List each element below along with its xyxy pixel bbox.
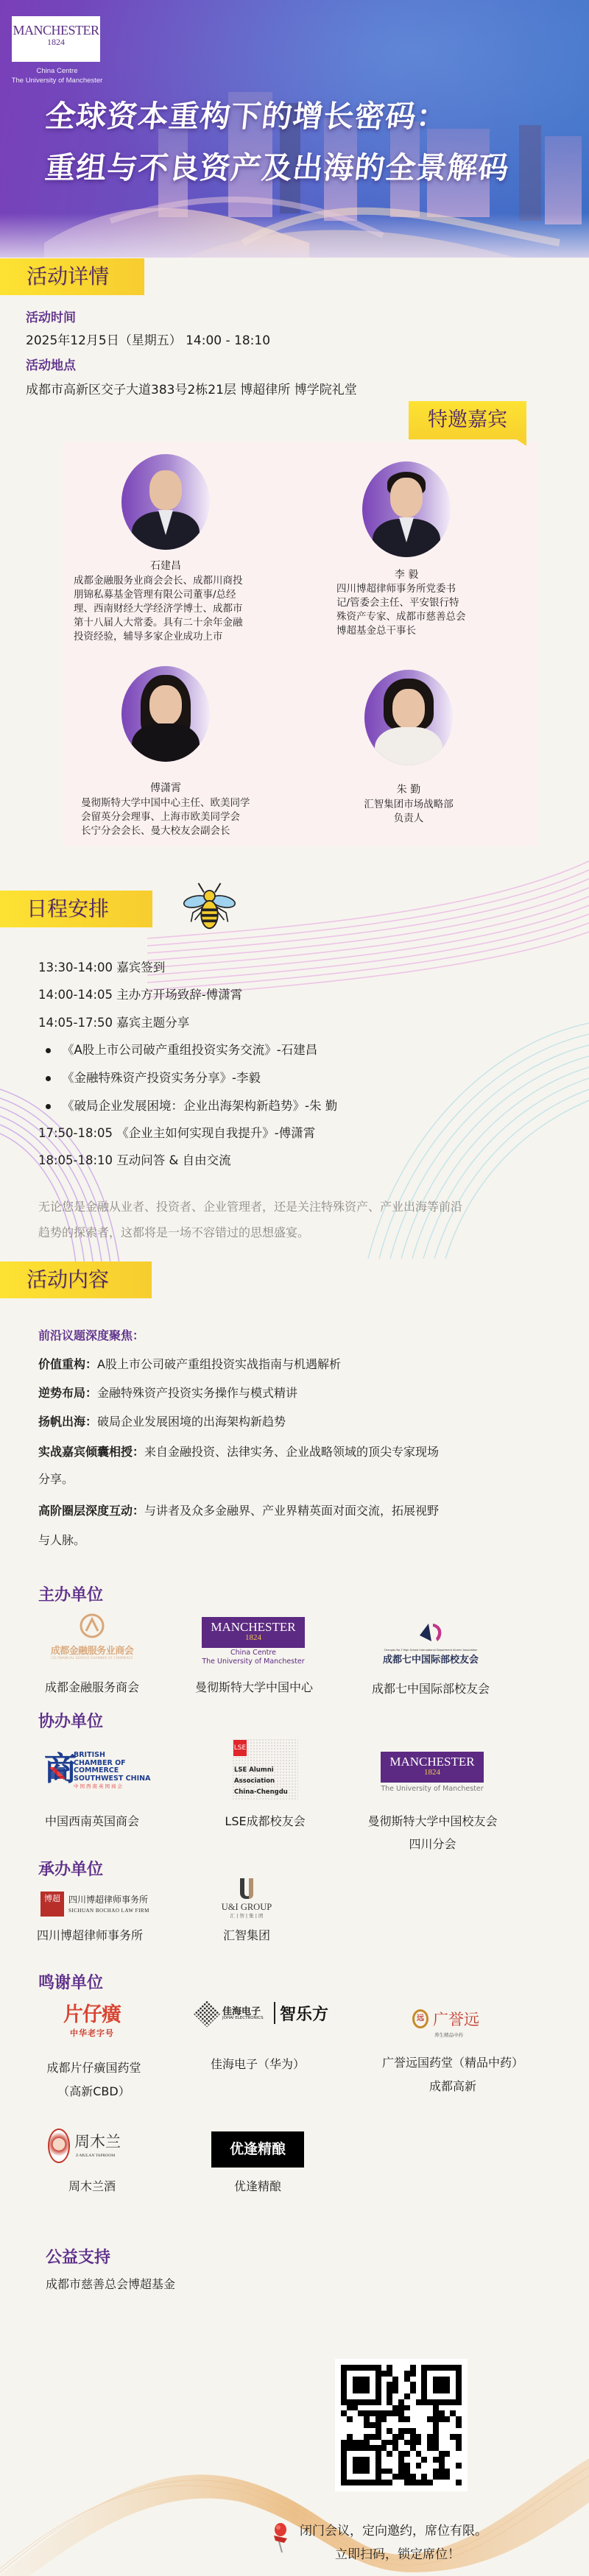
registration-qr-code[interactable] [335,2359,468,2491]
content-row-label: 价值重构： [38,1357,97,1371]
bio-line: 成都金融服务业商会会长、成都川商投 [74,574,250,588]
logo-sub: China Centre [197,1649,309,1657]
content-row-label: 高阶圈层深度互动： [38,1504,144,1518]
org-section-title-organizer: 承办单位 [38,1857,103,1880]
content-row-text: 来自金融投资、法律实务、企业战略领域的顶尖专家现场 [144,1445,439,1459]
org-name: 周木兰酒 [44,2177,140,2194]
org-name-line-2: 成都高新 [372,2077,534,2094]
logo-sub: SICHUAN BOCHAO LAW FIRM [68,1908,149,1914]
schedule-item: 18:05-18:10 互动问答 & 自由交流 [38,1150,231,1168]
content-row-text: 破局企业发展困境的出海架构新趋势 [97,1415,286,1429]
logo-text: 周木兰 [74,2130,121,2152]
logo-year: 1824 [202,1633,305,1643]
logo-guangyuyuan: 远 广誉远 养生精品中药 [409,2008,497,2041]
speaker-bio: 成都金融服务业商会会长、成都川商投 朋锦私募基金管理有限公司董事/总经 理、西南… [74,574,250,644]
lse-badge: LSE [233,1740,247,1756]
speaker-bio: 汇智集团市场战略部 负责人 [361,798,456,826]
place-label: 活动地点 [26,355,76,373]
section-label-details: 活动详情 [0,258,144,295]
closing-paragraph: 无论您是金融从业者、投资者、企业管理者，还是关注特殊资产、产业出海等前沿 趋势的… [38,1194,554,1245]
logo-divider [274,2002,275,2024]
bio-line: 曼彻斯特大学中国中心主任、欧美同学 [81,796,272,810]
org-name: 汇智集团 [217,1926,276,1943]
bio-line: 第十八届人大常委。具有二十余年金融 [74,616,250,630]
logo-text: 成都金融服务业商会 [37,1643,147,1657]
speaker-bio: 四川博超律师事务所党委书 记/管委会主任、平安银行特 殊资产专家、成都市慈善总会… [336,582,484,638]
logo-text: 片仔癀 [52,2003,133,2027]
logo-sub-line-2: The University of Manchester [7,76,107,85]
logo-sub: 养生精品中药 [434,2031,463,2038]
footer-line-1: 闭门会议，定向邀约，席位有限。 [300,2520,487,2538]
schedule-item: 13:30-14:00 嘉宾签到 [38,958,165,975]
org-section-title-host: 主办单位 [38,1582,103,1605]
logo-sub: JOHAI ELECTRONICS [222,2016,264,2020]
johai-diamond-icon [194,2000,221,2028]
bio-line: 博超基金总干事长 [336,624,484,638]
speaker-name: 朱 勤 [361,782,456,796]
logo-line: LSE Alumni [234,1765,288,1776]
focus-title: 前沿议题深度聚焦： [38,1326,144,1343]
logo-text: 成都七中国际部校友会 [372,1652,490,1666]
bio-line: 长宁分会会长、曼大校友会副会长 [81,824,272,838]
content-row: 高阶圈层深度互动：与讲者及众多金融界、产业界精英面对面交流，拓展视野 [38,1504,554,1518]
speaker-photo-zhu-qin [364,670,453,765]
logo-wordmark: MANCHESTER [12,24,100,37]
logo-line: BRITISH [74,1752,150,1760]
content-row-label: 实战嘉宾倾囊相授： [38,1445,144,1459]
org-section-title-co: 协办单位 [38,1709,103,1732]
logo-sub: The University of Manchester [197,1657,309,1666]
hero-title-line-2: 重组与不良资产及出海的全景解码 [43,144,563,187]
charity-name: 成都市慈善总会博超基金 [46,2275,175,2292]
schedule-talk: 《金融特殊资产投资实务分享》-李毅 [62,1068,261,1086]
hero-banner: MANCHESTER 1824 China Centre The Univers… [0,0,589,258]
schedule-item: 14:00-14:05 主办方开场致辞-傅潇霄 [38,985,242,1002]
footer-line-2: 立即扫码，锁定席位！ [335,2544,460,2562]
qr-pattern [341,2365,462,2485]
section-label-schedule: 日程安排 [0,891,152,927]
logo-text: MANCHESTER [202,1621,305,1633]
no7-emblem-icon [415,1619,446,1646]
logo-line: SOUTHWEST CHINA [74,1775,150,1783]
org-name: LSE成都校友会 [214,1812,317,1829]
hero-title-line-1: 全球资本重构下的增长密码： [43,92,563,135]
logo-manchester-sub: China Centre The University of Mancheste… [197,1649,309,1666]
schedule-talk: 《破局企业发展困境：企业出海架构新趋势》-朱 勤 [62,1096,337,1114]
org-name: 曼彻斯特大学中国中心 [188,1678,320,1695]
content-row-text: 金融特殊资产投资实务操作与模式精讲 [97,1386,297,1400]
schedule-talk: 《A股上市公司破产重组投资实务交流》-石建昌 [62,1040,317,1058]
pushpin-icon [270,2521,292,2554]
logo-british-chamber-sw-china: 商 BRITISH CHAMBER OF COMMERCE SOUTHWEST … [44,1748,162,1792]
closing-line-1: 无论您是金融从业者、投资者、企业管理者，还是关注特殊资产、产业出海等前沿 [38,1194,554,1220]
manchester-logo: MANCHESTER 1824 [12,16,100,62]
logo-line: Association [234,1776,288,1787]
bio-line: 殊资产专家、成都市慈善总会 [336,610,484,624]
org-name: 四川博超律师事务所 [37,1926,162,1943]
section-label-guests: 特邀嘉宾 [409,401,526,439]
guest-label-tail [515,439,526,446]
time-value: 2025年12月5日（星期五） 14:00 - 18:10 [26,330,270,348]
logo-sub: 汇 | 智 | 集 | 团 [221,1912,272,1919]
speaker-photo-fu-xiaoxiao [121,666,210,762]
org-name: 广誉远国药堂（精品中药） [372,2053,534,2070]
logo-sub: The University of Manchester [375,1785,489,1793]
speaker-name: 傅潇霄 [121,780,210,795]
logo-text: MANCHESTER [381,1755,484,1768]
logo-text: 广誉远 [433,2008,479,2030]
content-row: 价值重构：A股上市公司破产重组投资实战指南与机遇解析 [38,1357,554,1372]
logo-ui-group: U&I GROUP 汇 | 智 | 集 | 团 [221,1878,272,1922]
bullet-icon [46,1104,51,1109]
logo-pianzaihuang: 片仔癀 中华老字号 [52,2003,133,2044]
logo-cd-financial-chamber: 成都金融服务业商会 CD FINANCIAL SERVICE CHAMBER O… [37,1612,147,1667]
speaker-name: 石建昌 [121,558,210,573]
bio-line: 记/管委会主任、平安银行特 [336,596,484,610]
bio-line: 负责人 [361,812,456,826]
logo-sub-line-1: China Centre [7,66,107,76]
logo-line: COMMERCE [74,1767,150,1775]
bio-line: 四川博超律师事务所党委书 [336,582,484,596]
speaker-name: 李 毅 [362,567,451,581]
content-row: 实战嘉宾倾囊相授：来自金融投资、法律实务、企业战略领域的顶尖专家现场 [38,1445,554,1459]
org-name: 中国西南英国商会 [33,1812,151,1829]
org-name: 成都金融服务商会 [37,1678,147,1695]
logo-year: 1824 [12,37,100,47]
fs-emblem-icon [77,1612,107,1640]
bio-line: 朋锦私募基金管理有限公司董事/总经 [74,588,250,602]
org-section-title-charity: 公益支持 [46,2245,110,2268]
manchester-bee-icon [182,880,237,935]
bio-line: 理、西南财经大学经济学博士、成都市 [74,602,250,616]
logo-lse-alumni: LSE LSE Alumni Association China-Chengdu [232,1738,298,1801]
content-row: 逆势布局：金融特殊资产投资实务操作与模式精讲 [38,1386,554,1401]
content-row: 扬帆出海：破局企业发展困境的出海架构新趋势 [38,1415,554,1429]
content-row-text: A股上市公司破产重组投资实战指南与机遇解析 [97,1357,341,1371]
org-name: 曼彻斯特大学中国校友会 [361,1812,504,1829]
logo-line: China-Chengdu [234,1787,288,1798]
logo-text: 四川博超律师事务所 [68,1893,148,1906]
hero-bottom-fade [0,213,589,258]
org-name: 优逢精酿 [206,2177,309,2194]
bio-line: 投资经验，辅导多家企业成功上市 [74,630,250,644]
content-row-label: 逆势布局： [38,1386,97,1400]
union-flag-icon [50,1767,65,1779]
speaker-bio: 曼彻斯特大学中国中心主任、欧美同学 会留英分会理事、上海市欧美同学会 长宁分会会… [81,796,272,838]
mulan-portrait-icon [48,2129,70,2163]
decorative-gold-ribbon [0,2414,589,2576]
logo-year: 1824 [381,1768,484,1777]
schedule-item: 14:05-17:50 嘉宾主题分享 [38,1013,189,1030]
logo-line: 中国西南英国商会 [74,1783,150,1791]
section-label-content: 活动内容 [0,1262,152,1298]
bochao-seal-icon: 博超 [40,1892,64,1917]
logo-sub: 中华老字号 [52,2027,133,2039]
speaker-photo-shi-jianchang [121,454,210,550]
closing-line-2: 趋势的探索者，这都将是一场不容错过的思想盛宴。 [38,1220,554,1245]
logo-manchester-alumni: MANCHESTER 1824 [381,1752,484,1783]
bullet-icon [46,1076,51,1081]
guangyuyuan-seal-icon: 远 [412,2009,428,2028]
logo-sub: CD FINANCIAL SERVICE CHAMBER OF COMMERCE [37,1657,147,1660]
logo-chengdu-no7-alumni: Chengdu No.7 High School International D… [372,1619,490,1671]
org-name: 成都七中国际部校友会 [361,1680,501,1696]
content-row-label: 扬帆出海： [38,1415,97,1429]
logo-zhou-mulan: 周木兰 Z-MULAN TAPROOM [48,2129,144,2165]
logo-lines: BRITISH CHAMBER OF COMMERCE SOUTHWEST CH… [74,1752,150,1791]
content-row-continuation: 分享。 [38,1472,554,1487]
logo-sub: Z-MULAN TAPROOM [76,2154,115,2158]
ui-emblem-icon [238,1878,255,1899]
bio-line: 会留英分会理事、上海市欧美同学会 [81,810,272,824]
bio-line: 汇智集团市场战略部 [361,798,456,812]
bullet-icon [46,1048,51,1053]
speaker-photo-li-yi [362,461,451,557]
content-row-text: 与讲者及众多金融界、产业界精英面对面交流，拓展视野 [144,1504,439,1518]
org-section-title-thanks: 鸣谢单位 [38,1970,103,1993]
place-value: 成都市高新区交子大道383号2栋21层 博超律所 博学院礼堂 [26,379,357,397]
logo-johai-electronics: 佳海电子 JOHAI ELECTRONICS 智乐方 [197,2002,345,2031]
time-label: 活动时间 [26,307,76,325]
content-row-continuation: 与人脉。 [38,1533,554,1548]
logo-bochao-law-firm: 博超 四川博超律师事务所 SICHUAN BOCHAO LAW FIRM [40,1892,177,1918]
logo-text: U&I GROUP [221,1902,272,1912]
org-name: 佳海电子（华为） [199,2055,317,2072]
logo-lines: LSE Alumni Association China-Chengdu [234,1765,288,1798]
logo-subtitle: China Centre The University of Mancheste… [7,66,107,85]
org-name-line-2: （高新CBD） [33,2082,155,2099]
org-name: 成都片仔癀国药堂 [33,2059,155,2076]
logo-youfeng-craft: 优逢精酿 [211,2131,304,2168]
logo-manchester-china-centre: MANCHESTER 1824 [202,1617,305,1648]
org-name-line-2: 四川分会 [361,1835,504,1852]
logo-brand: 智乐方 [280,2002,328,2025]
schedule-item: 17:50-18:05 《企业主如何实现自我提升》-傅潇霄 [38,1123,315,1141]
